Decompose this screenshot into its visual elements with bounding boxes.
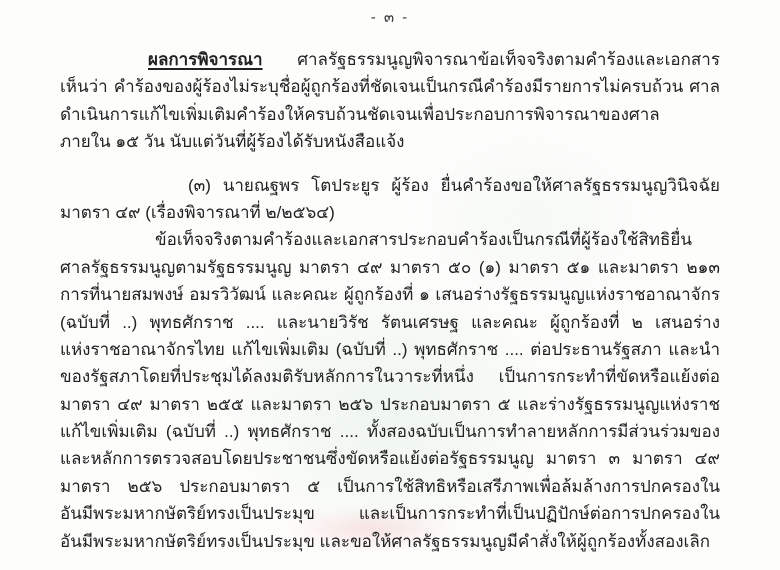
text-line: มาตรา ๒๕๖ ประกอบมาตรา ๕ เป็นการใช้สิทธิห… [60,473,720,500]
text-line: ข้อเท็จจริงตามคำร้องและเอกสารประกอบคำร้อ… [60,226,720,253]
page-number: - ๓ - [0,5,780,29]
text-line: (๓) นายณฐพร โตประยูร ผู้ร้อง ยื่นคำร้องข… [60,172,720,199]
paragraph-result: ผลการพิจารณา ศาลรัฐธรรมนูญพิจารณาข้อเท็จ… [60,46,720,156]
text-line: และหลักการตรวจสอบโดยประชาชนซึ่งขัดหรือแย… [60,445,720,472]
text-line: การที่นายสมพงษ์ อมรวิวัฒน์ และคณะ ผู้ถูก… [60,281,720,308]
text-line: (ฉบับที่ ..) พุทธศักราช .... และนายวิรัช… [60,309,720,336]
text-line: ของรัฐสภาโดยที่ประชุมได้ลงมติรับหลักการใ… [60,363,720,390]
paragraph-item3: (๓) นายณฐพร โตประยูร ผู้ร้อง ยื่นคำร้องข… [60,172,720,227]
text-line: มาตรา ๔๙ (เรื่องพิจารณาที่ ๒/๒๕๖๔) [60,199,720,226]
paragraph-facts: ข้อเท็จจริงตามคำร้องและเอกสารประกอบคำร้อ… [60,226,720,555]
text-line: อันมีพระมหากษัตริย์ทรงเป็นประมุข และขอให… [60,528,720,555]
text-line: อันมีพระมหากษัตริย์ทรงเป็นประมุข และเป็น… [60,500,720,527]
text-line: ดำเนินการแก้ไขเพิ่มเติมคำร้องให้ครบถ้วนช… [60,101,720,128]
text-line: แก้ไขเพิ่มเติม (ฉบับที่ ..) พุทธศักราช .… [60,418,720,445]
text-line: ผลการพิจารณา ศาลรัฐธรรมนูญพิจารณาข้อเท็จ… [60,46,720,73]
result-heading: ผลการพิจารณา [148,50,263,69]
text-line: ภายใน ๑๕ วัน นับแต่วันที่ผู้ร้องได้รับหน… [60,128,720,155]
text-line: เห็นว่า คำร้องของผู้ร้องไม่ระบุชื่อผู้ถู… [60,73,720,100]
text-line: ศาลรัฐธรรมนูญตามรัฐธรรมนูญ มาตรา ๔๙ มาตร… [60,254,720,281]
text-line: มาตรา ๔๙ มาตรา ๒๕๕ และมาตรา ๒๕๖ ประกอบมา… [60,391,720,418]
document-body: ผลการพิจารณา ศาลรัฐธรรมนูญพิจารณาข้อเท็จ… [60,46,720,555]
document-page: - ๓ - ผลการพิจารณา ศาลรัฐธรรมนูญพิจารณาข… [0,0,780,570]
text-line: แห่งราชอาณาจักรไทย แก้ไขเพิ่มเติม (ฉบับท… [60,336,720,363]
